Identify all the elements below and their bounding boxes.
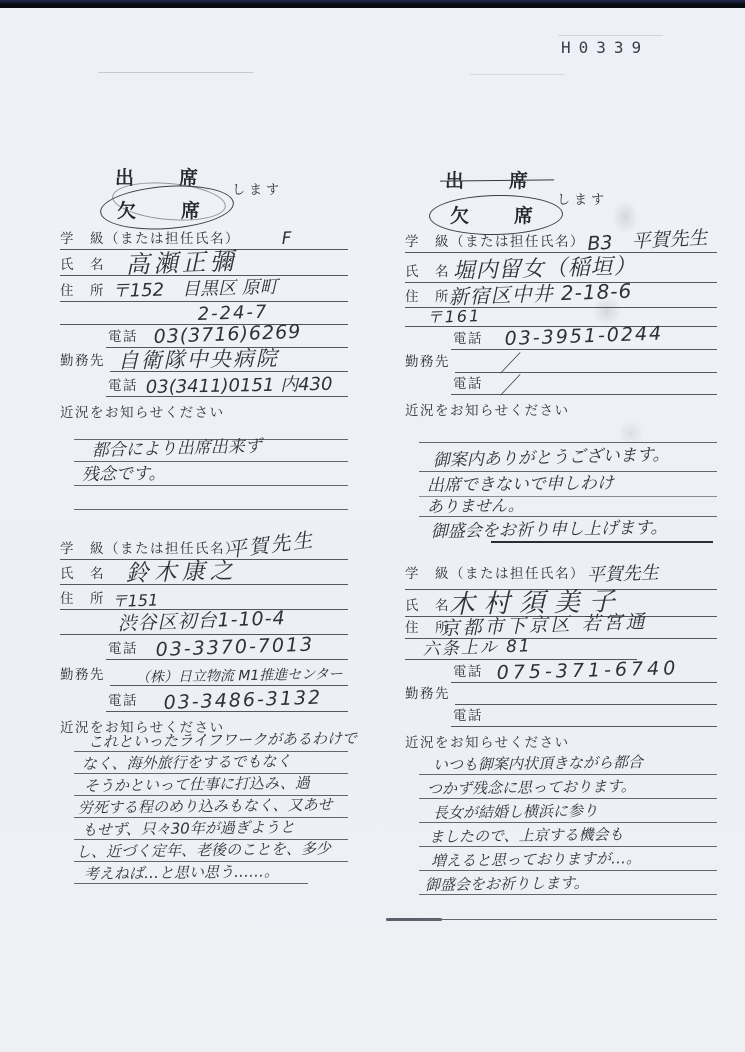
address-row: 住 所 京都市下京区 若宮通 (405, 617, 717, 639)
message-line: 御盛会をお祈り申し上げます。 (405, 517, 717, 543)
attend-suffix-text: します (557, 189, 608, 208)
news-prompt-row: 近況をお知らせください (405, 395, 717, 415)
name-field-label: 氏 名 (405, 594, 450, 614)
message-rule (74, 509, 348, 510)
message-line: 考えねば…と思い思う……。 (60, 862, 348, 884)
message-line-handwritten: つかず残念に思っております。 (427, 779, 636, 797)
work-phone-value-handwritten: 03(3411)0151 内430 (146, 376, 333, 397)
name-row: 氏 名 堀内留女（稲垣） (405, 253, 717, 283)
work-phone-field-label: 電話 (453, 704, 483, 724)
message-line-handwritten: 都合により出席出来ず (92, 439, 262, 460)
workplace-field-label: 勤務先 (60, 663, 105, 683)
class-field-label: 学 級（または担任氏名） (60, 227, 240, 247)
news-prompt-row: 近況をお知らせください (405, 727, 717, 751)
address-row-2: 〒161 (405, 308, 717, 327)
address-row: 住 所 〒152 目黒区 原町 (60, 276, 348, 302)
phone-row: 電話 03(3716)6269 (60, 325, 348, 348)
message-line: 長女が結婚し横浜に参り (405, 799, 717, 823)
workplace-row: 勤務先 （株）日立物流 M1推進センター (60, 660, 348, 686)
address-line1-handwritten: 〒152 目黒区 原町 (112, 279, 278, 301)
message-line: 御盛会をお祈りします。 (405, 871, 717, 895)
work-phone-row: 電話 03(3411)0151 内430 (60, 372, 348, 397)
message-rule (491, 541, 713, 543)
address-row: 住 所 新宿区中井 2-18-6 (405, 283, 717, 308)
reply-form-bottom-left: 学 級（または担任氏名） 平賀先生 氏 名 鈴木康之 住 所 〒151 渋谷区初… (60, 535, 348, 884)
message-line-handwritten: そうかといって仕事に打込み、過 (84, 776, 310, 794)
class-value-handwritten: F (281, 231, 291, 248)
phone-value-handwritten: 03-3951-0244 (504, 324, 663, 349)
message-line-handwritten: もせず、只々30年が過ぎようと (82, 820, 295, 838)
message-line: なく、海外旅行をするでもなく (60, 752, 348, 774)
phone-field-label: 電話 (108, 637, 138, 657)
workplace-field-label: 勤務先 (405, 682, 450, 702)
message-line: もせず、只々30年が過ぎようと (60, 818, 348, 840)
workplace-row: 勤務先 自衛隊中央病院 (60, 348, 348, 372)
phone-value-handwritten: 075-371-6740 (497, 659, 680, 683)
attend-suffix-text: します (232, 179, 283, 198)
message-area: いつも御案内状頂きながら都合 つかず残念に思っております。 長女が結婚し横浜に参… (405, 751, 717, 920)
address-line2-handwritten: 渋谷区初台1-10-4 (117, 609, 286, 634)
message-line-handwritten: なく、海外旅行をするでもなく (82, 754, 292, 772)
work-phone-value-handwritten: 03-3486-3132 (163, 688, 322, 713)
workplace-value-handwritten: （株）日立物流 M1推進センター (136, 667, 343, 685)
message-line: そうかといって仕事に打込み、過 (60, 774, 348, 796)
phone-row: 電話 075-371-6740 (405, 660, 717, 683)
message-line-handwritten: し、近づく定年、老後のことを、多少 (76, 841, 331, 860)
address-line2-handwritten: 2-24-7 (197, 304, 268, 324)
message-line: つかず残念に思っております。 (405, 775, 717, 799)
class-field-label: 学 級（または担任氏名） (405, 562, 585, 582)
scan-artifact-line (558, 35, 663, 36)
work-phone-row: 電話 ／ (405, 373, 717, 395)
name-row: 氏 名 鈴木康之 (60, 560, 348, 585)
class-row: 学 級（または担任氏名） 平賀先生 (405, 560, 717, 590)
message-line: 労死する程のめり込みもなく、又あせ (60, 796, 348, 818)
workplace-row: 勤務先 (405, 683, 717, 705)
message-line-handwritten: 考えねば…と思い思う……。 (84, 864, 279, 882)
message-line: 都合により出席出来ず (60, 440, 348, 462)
work-phone-field-label: 電話 (453, 372, 483, 392)
address-field-label: 住 所 (405, 285, 450, 305)
message-line: 御案内ありがとうございます。 (405, 443, 717, 472)
message-line-handwritten: 御盛会をお祈りします。 (425, 876, 589, 893)
message-area: 都合により出席出来ず 残念です。 (60, 417, 348, 510)
message-line (405, 415, 717, 443)
message-line: し、近づく定年、老後のことを、多少 (60, 840, 348, 862)
class-row: 学 級（または担任氏名） B3 平賀先生 (405, 230, 717, 253)
news-prompt-row: 近況をお知らせください (60, 397, 348, 417)
address-line1-handwritten: 京都市下京区 若宮通 (440, 613, 648, 639)
class-row: 学 級（または担任氏名） 平賀先生 (60, 535, 348, 560)
workplace-value-handwritten: 自衛隊中央病院 (118, 348, 279, 372)
address-field-label: 住 所 (60, 279, 105, 299)
message-rule (419, 919, 717, 920)
name-value-handwritten: 鈴木康之 (125, 560, 238, 586)
phone-field-label: 電話 (453, 660, 483, 680)
scan-id: H0339 (561, 38, 649, 57)
address-row: 住 所 〒151 (60, 585, 348, 610)
name-field-label: 氏 名 (60, 253, 105, 273)
workplace-field-label: 勤務先 (60, 349, 105, 369)
reply-form-top-right: 出 席 します 欠 席 学 級（または担任氏名） B3 平賀先生 氏 名 堀内留… (405, 160, 717, 543)
message-line (60, 486, 348, 510)
class-row: 学 級（または担任氏名） F (60, 228, 348, 250)
phone-row: 電話 03-3951-0244 (405, 327, 717, 350)
workplace-row: 勤務先 ／ (405, 350, 717, 373)
address-line2-handwritten: 〒161 (426, 308, 481, 326)
message-area: 御案内ありがとうございます。 出席できないで申しわけ ありません。 御盛会をお祈… (405, 415, 717, 543)
reply-form-top-left: 出 席 します 欠 席 学 級（または担任氏名） F 氏 名 高瀬正彌 住 所 … (60, 160, 348, 510)
name-field-label: 氏 名 (405, 260, 450, 280)
message-line: 残念です。 (60, 462, 348, 486)
scan-artifact-line (470, 74, 565, 75)
address-row-2: 2-24-7 (60, 302, 348, 325)
message-area: これといったライフワークがあるわけで なく、海外旅行をするでもなく そうかといっ… (60, 730, 348, 884)
attendance-header: 出 席 します 欠 席 (60, 160, 348, 228)
message-line-handwritten: 残念です。 (82, 466, 166, 484)
message-line: ありません。 (405, 497, 717, 517)
class-value-handwritten: 平賀先生 (226, 529, 316, 560)
work-phone-field-label: 電話 (108, 689, 138, 709)
message-rule (74, 883, 308, 884)
message-line (60, 417, 348, 440)
address-field-label: 住 所 (60, 587, 105, 607)
class-value-handwritten: B3 平賀先生 (587, 229, 708, 254)
message-line-handwritten: 出席できないで申しわけ (427, 475, 614, 495)
class-field-label: 学 級（または担任氏名） (405, 230, 585, 250)
phone-value-handwritten: 03-3370-7013 (155, 635, 314, 660)
phone-value-handwritten: 03(3716)6269 (153, 323, 301, 347)
scanner-edge-bar (0, 0, 745, 8)
workplace-field-label: 勤務先 (405, 350, 450, 370)
work-phone-row: 電話 03-3486-3132 (60, 686, 348, 712)
message-line-handwritten: 労死する程のめり込みもなく、又あせ (78, 797, 333, 816)
phone-row: 電話 03-3370-7013 (60, 635, 348, 660)
address-row-2: 渋谷区初台1-10-4 (60, 610, 348, 635)
address-line1-handwritten: 新宿区中井 2-18-6 (448, 281, 632, 307)
address-line2-handwritten: 六条上ル 81 (422, 638, 532, 659)
attendance-header: 出 席 します 欠 席 (405, 160, 717, 230)
news-prompt-label: 近況をお知らせください (405, 727, 717, 751)
message-line: 出席できないで申しわけ (405, 472, 717, 497)
name-row: 氏 名 高瀬正彌 (60, 250, 348, 276)
news-prompt-row: 近況をお知らせください (60, 712, 348, 730)
message-line (405, 895, 717, 920)
scan-artifact-line (98, 72, 253, 73)
phone-field-label: 電話 (453, 327, 483, 347)
message-line-handwritten: 増えると思っておりますが…。 (431, 851, 641, 869)
message-line-handwritten: 御案内ありがとうございます。 (433, 447, 670, 470)
message-line: いつも御案内状頂きながら都合 (405, 751, 717, 775)
class-field-label: 学 級（または担任氏名） (60, 537, 240, 557)
scanned-reply-form-sheet: H0339 出 席 します 欠 席 学 級（または担任氏名） F 氏 名 高瀬正… (0, 0, 745, 1052)
work-phone-field-label: 電話 (108, 374, 138, 394)
message-line: ましたので、上京する機会も (405, 823, 717, 847)
message-line: これといったライフワークがあるわけで (60, 730, 348, 752)
message-line-handwritten: ありません。 (427, 498, 524, 515)
message-line-handwritten: いつも御案内状頂きながら都合 (433, 755, 643, 773)
message-line-handwritten: これといったライフワークがあるわけで (88, 731, 357, 750)
phone-field-label: 電話 (108, 325, 138, 345)
message-line-handwritten: 長女が結婚し横浜に参り (433, 804, 598, 821)
address-line1-handwritten: 〒151 (111, 592, 158, 610)
message-line: 増えると思っておりますが…。 (405, 847, 717, 871)
reply-form-bottom-right: 学 級（または担任氏名） 平賀先生 氏 名 木村須美子 住 所 京都市下京区 若… (405, 560, 717, 920)
name-field-label: 氏 名 (60, 562, 105, 582)
message-line-handwritten: 御盛会をお祈り申し上げます。 (431, 520, 668, 541)
class-value-handwritten: 平賀先生 (586, 564, 659, 585)
work-phone-row: 電話 (405, 705, 717, 727)
message-line-handwritten: ましたので、上京する機会も (429, 827, 624, 845)
name-value-handwritten: 高瀬正彌 (125, 249, 238, 277)
